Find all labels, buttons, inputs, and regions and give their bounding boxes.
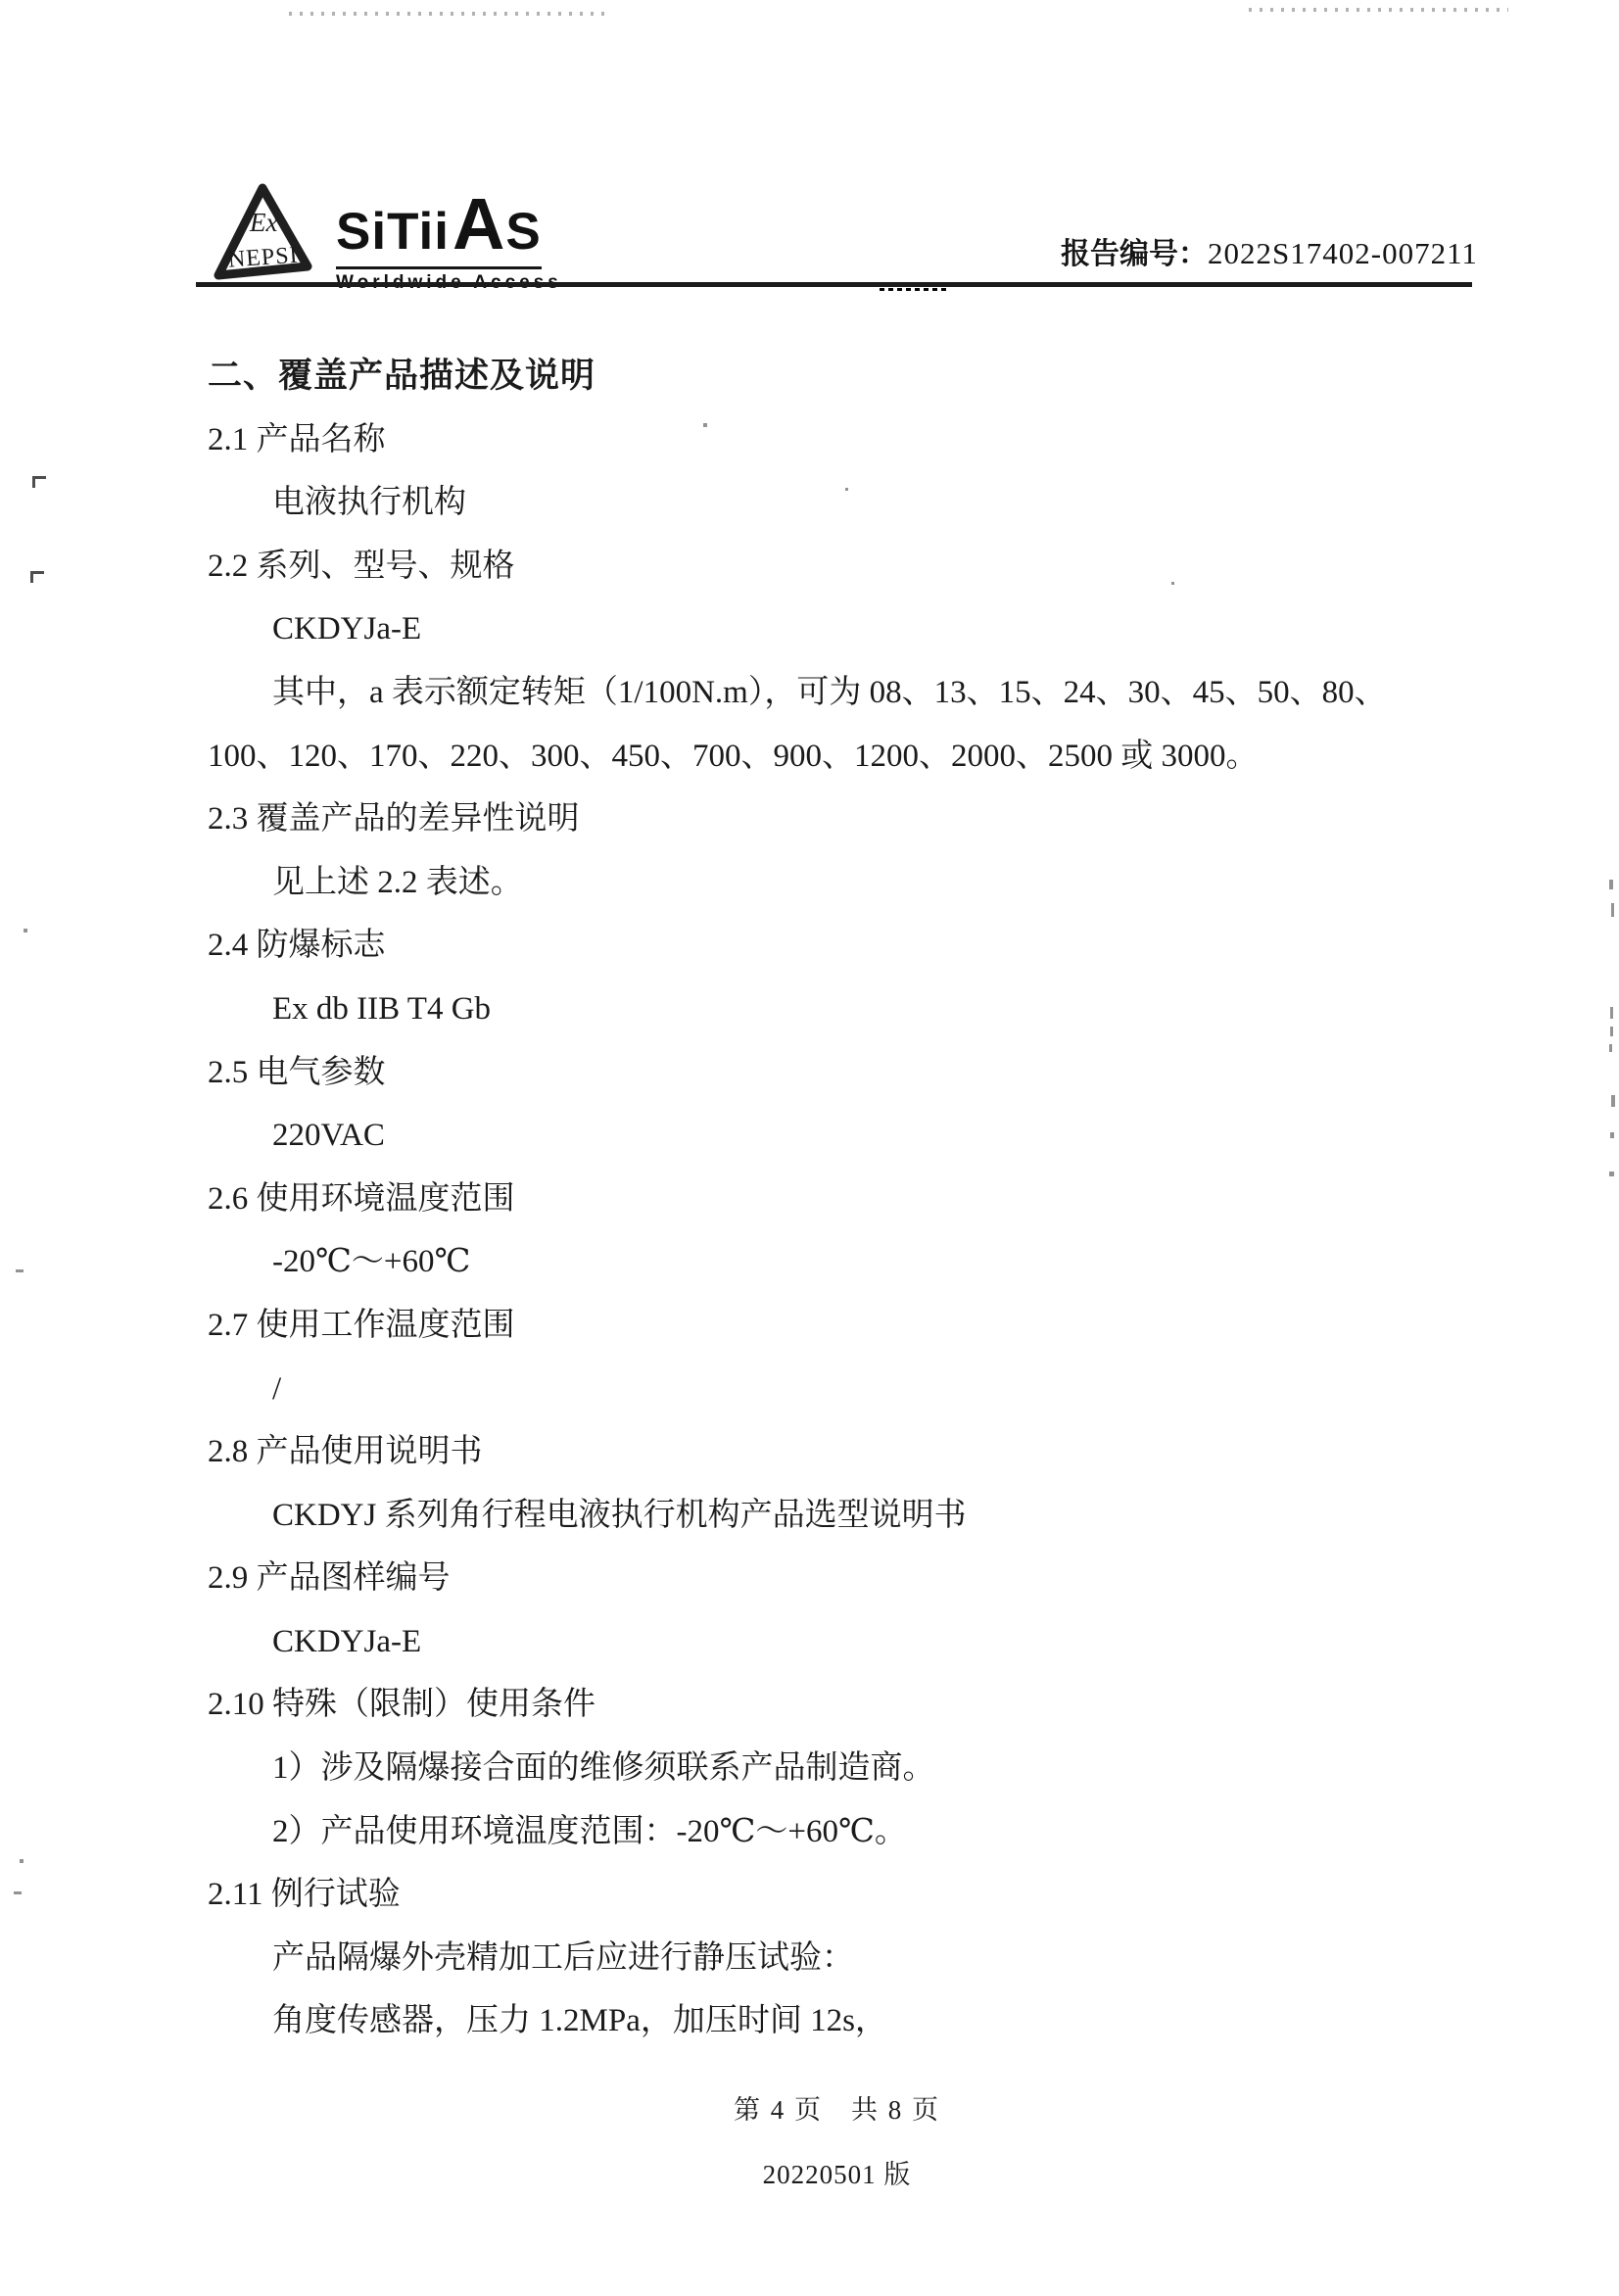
doc-line: 其中，a 表示额定转矩（1/100N.m），可为 08、13、15、24、30、… — [208, 661, 1510, 725]
scan-noise-mark — [1609, 1044, 1612, 1052]
header-divider-overprint — [880, 288, 950, 291]
doc-line: 见上述 2.2 表述。 — [208, 851, 1510, 915]
page-number: 第 4 页 共 8 页 — [27, 2088, 1619, 2127]
doc-line: 1）涉及隔爆接合面的维修须联系产品制造商。 — [208, 1737, 1510, 1800]
doc-line: Ex db IIB T4 Gb — [208, 978, 1510, 1041]
ex-nepsi-badge-icon: Ex NEPSI — [204, 178, 325, 296]
sitiias-logo: SiTiiAS Worldwide Access — [336, 182, 571, 294]
document-body: 二、覆盖产品描述及说明 2.1 产品名称 电液执行机构 2.2 系列、型号、规格… — [208, 345, 1510, 2053]
doc-line: 2.3 覆盖产品的差异性说明 — [208, 788, 1510, 851]
doc-line: 2.8 产品使用说明书 — [208, 1420, 1510, 1484]
version-label: 20220501 版 — [27, 2153, 1619, 2191]
scan-noise-mark — [1609, 880, 1613, 889]
doc-line: CKDYJ 系列角行程电液执行机构产品选型说明书 — [208, 1484, 1510, 1548]
doc-line: 电液执行机构 — [208, 471, 1510, 535]
doc-line: 2.7 使用工作温度范围 — [208, 1294, 1510, 1358]
scan-noise-mark — [24, 929, 27, 933]
scan-noise-mark — [1611, 1095, 1615, 1107]
scan-noise-mark — [845, 488, 848, 491]
doc-line: -20℃～+60℃ — [208, 1230, 1510, 1294]
section-heading: 二、覆盖产品描述及说明 — [208, 345, 1510, 408]
scan-noise-mark — [30, 571, 44, 583]
doc-line: 2.4 防爆标志 — [208, 914, 1510, 978]
document-page: Ex NEPSI SiTiiAS Worldwide Access 报告编号：2… — [0, 0, 1619, 2296]
report-number-label: 报告编号： — [1061, 238, 1208, 270]
wordmark-s: S — [505, 203, 541, 261]
doc-line: CKDYJa-E — [208, 598, 1510, 661]
doc-line: 2.11 例行试验 — [208, 1863, 1510, 1927]
doc-line: 产品隔爆外壳精加工后应进行静压试验： — [208, 1927, 1510, 1990]
doc-line: 2.9 产品图样编号 — [208, 1547, 1510, 1610]
scan-noise-mark — [1249, 8, 1508, 12]
scan-noise-mark — [289, 12, 612, 16]
scan-noise-mark — [1611, 903, 1614, 917]
doc-line: 2.10 特殊（限制）使用条件 — [208, 1673, 1510, 1737]
doc-line: 220VAC — [208, 1104, 1510, 1168]
doc-line: 2）产品使用环境温度范围：-20℃～+60℃。 — [208, 1800, 1510, 1864]
scan-noise-mark — [16, 1269, 24, 1272]
badge-nepsi-text: NEPSI — [227, 243, 299, 273]
wordmark-a: A — [452, 183, 504, 264]
report-number-row: 报告编号：2022S17402-007211 — [1061, 229, 1478, 272]
scan-noise-mark — [1610, 1027, 1613, 1036]
doc-line: CKDYJa-E — [208, 1610, 1510, 1674]
report-number-value: 2022S17402-007211 — [1208, 236, 1478, 270]
doc-line: 2.1 产品名称 — [208, 408, 1510, 472]
scan-noise-mark — [1609, 1172, 1614, 1176]
scan-noise-mark — [20, 1859, 24, 1863]
scan-noise-mark — [14, 1891, 22, 1894]
doc-line: 角度传感器，压力 1.2MPa，加压时间 12s， — [208, 1989, 1510, 2053]
sitiias-wordmark: SiTiiAS — [336, 182, 542, 269]
doc-line: / — [208, 1358, 1510, 1421]
scan-noise-mark — [703, 423, 707, 427]
scan-noise-mark — [1610, 1007, 1613, 1019]
header-divider — [196, 282, 1472, 287]
doc-line: 2.2 系列、型号、规格 — [208, 535, 1510, 598]
doc-line: 100、120、170、220、300、450、700、900、1200、200… — [208, 725, 1510, 789]
doc-line: 2.6 使用环境温度范围 — [208, 1168, 1510, 1231]
doc-line: 2.5 电气参数 — [208, 1041, 1510, 1105]
wordmark-sitii: SiTii — [336, 203, 450, 261]
scan-noise-mark — [1610, 1132, 1614, 1138]
scan-noise-mark — [32, 476, 46, 488]
scan-noise-mark — [1171, 582, 1174, 585]
badge-ex-text: Ex — [249, 208, 277, 237]
